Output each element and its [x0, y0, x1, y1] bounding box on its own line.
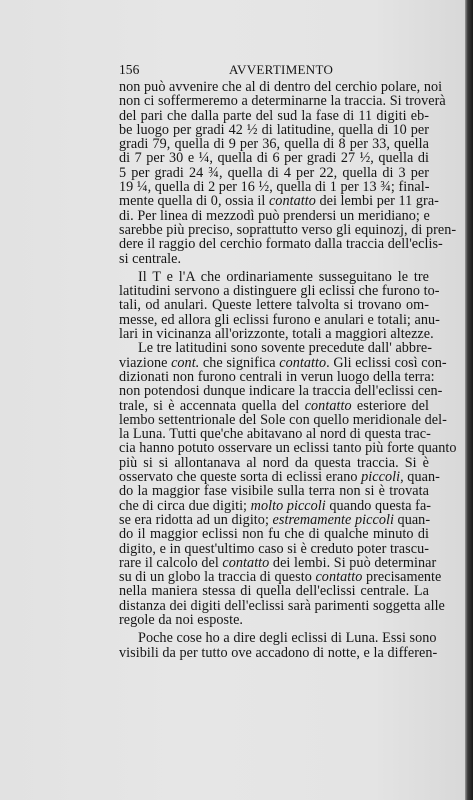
- text-line: del pari che dalla parte del sud la fase…: [119, 109, 429, 123]
- text-line: più si si allontanava al nord da questa …: [119, 456, 429, 470]
- text-line: be luogo per gradi 42 ½ di latitudine, q…: [119, 123, 429, 137]
- paragraph-3: Le tre latitudini sono sovente precedute…: [119, 341, 429, 627]
- paragraph-4: Poche cose ho a dire degli eclissi di Lu…: [119, 631, 429, 660]
- text-line: rare il calcolo del contatto dei lembi. …: [119, 556, 429, 570]
- text-line: se era ridotta ad un digito; estremament…: [119, 513, 429, 527]
- text-line: Il T e l'A che ordinariamente susseguita…: [119, 270, 429, 284]
- book-page: 156 AVVERTIMENTO non può avvenire che al…: [0, 0, 466, 800]
- text-line: si centrale.: [119, 252, 429, 266]
- text-line: non potendosi dunque indicare la traccia…: [119, 384, 429, 398]
- text-line: non può avvenire che al di dentro del ce…: [119, 80, 429, 94]
- text-line: do la maggior fase visibile sulla terra …: [119, 484, 429, 498]
- text-line: Le tre latitudini sono sovente precedute…: [119, 341, 429, 355]
- text-line: dere il raggio del cerchio formato dalla…: [119, 237, 429, 251]
- text-line: gradi 79, quella di 9 per 36, quella di …: [119, 137, 429, 151]
- text-line: di. Per linea di mezzodì può prendersi u…: [119, 209, 429, 223]
- text-line: dizionati non furono centrali in verun l…: [119, 370, 429, 384]
- paragraph-2: Il T e l'A che ordinariamente susseguita…: [119, 270, 429, 341]
- page-number: 156: [119, 63, 139, 77]
- text-line: sarebbe più preciso, soprattutto verso g…: [119, 223, 429, 237]
- text-line: la Luna. Tutti que'che abitavano al nord…: [119, 427, 429, 441]
- italic-term: contatto: [269, 193, 316, 209]
- text-line: visibili da per tutto ove accadono di no…: [119, 646, 429, 660]
- running-head: 156 AVVERTIMENTO: [119, 63, 429, 79]
- text-line: distanza dei digiti dell'eclissi sarà pa…: [119, 599, 429, 613]
- text-line: messe, ed allora gli eclissi furono e an…: [119, 313, 429, 327]
- text-line: 19 ¼, quella di 2 per 16 ½, quella di 1 …: [119, 180, 429, 194]
- text-line: osservato che queste sorta di eclissi er…: [119, 470, 429, 484]
- text-line: latitudini servono a distinguere gli ecl…: [119, 284, 429, 298]
- text-line: che di circa due digiti; molto piccoli q…: [119, 499, 429, 513]
- text-line: regole da noi esposte.: [119, 613, 429, 627]
- text-line: cia hanno potuto osservare un eclissi ta…: [119, 441, 429, 455]
- text-line: mente quella di 0, ossia il contatto dei…: [119, 194, 429, 208]
- text-line: non ci soffermeremo a determinarne la tr…: [119, 94, 429, 108]
- text-line: di 7 per 30 e ¼, quella di 6 per gradi 2…: [119, 151, 429, 165]
- running-head-title: AVVERTIMENTO: [229, 63, 333, 77]
- text-line: Poche cose ho a dire degli eclissi di Lu…: [119, 631, 429, 645]
- page-edge-shadow: [465, 0, 473, 800]
- text-line: do il maggior eclissi non fu che di qual…: [119, 527, 429, 541]
- text-line: su di un globo la traccia di questo cont…: [119, 570, 429, 584]
- text-line: nella maniera stessa di quella dell'ecli…: [119, 584, 429, 598]
- text-line: tali, od anulari. Queste lettere talvolt…: [119, 298, 429, 312]
- page-text-block: 156 AVVERTIMENTO non può avvenire che al…: [119, 63, 429, 660]
- text-line: viazione cont. che significa contatto. G…: [119, 356, 429, 370]
- text-line: lembo settentrionale del Sole con quello…: [119, 413, 429, 427]
- text-line: lari in vicinanza all'orizzonte, totali …: [119, 327, 429, 341]
- paragraph-1: non può avvenire che al di dentro del ce…: [119, 80, 429, 266]
- text-line: digito, e in quest'ultimo caso si è cred…: [119, 542, 429, 556]
- text-line: trale, si è accennata quella del contatt…: [119, 399, 429, 413]
- text-line: 5 per gradi 24 ¾, quella di 4 per 22, qu…: [119, 166, 429, 180]
